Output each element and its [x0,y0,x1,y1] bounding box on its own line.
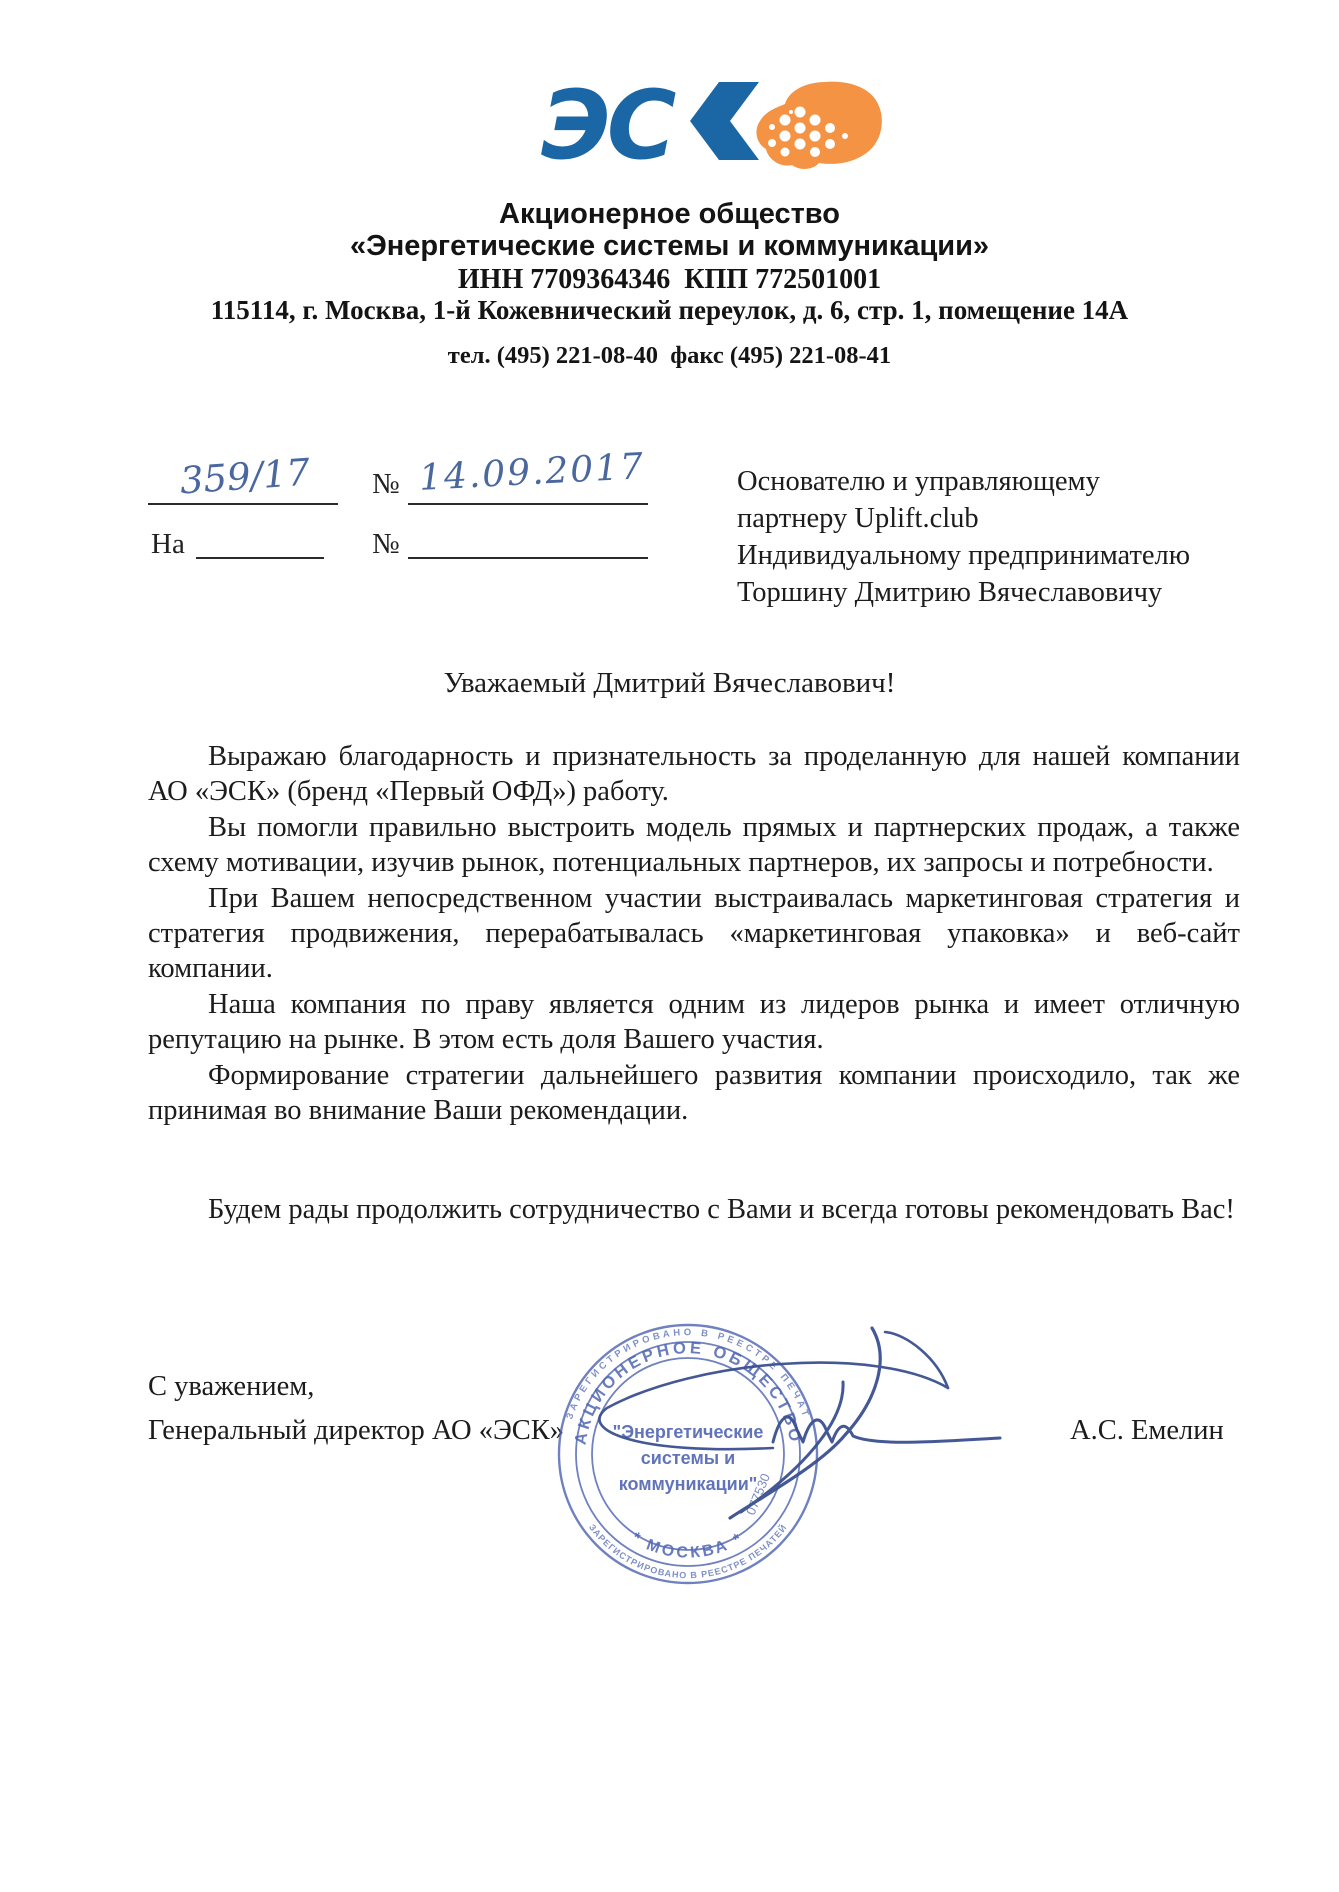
closing-paragraph: Будем рады продолжить сотрудничество с В… [148,1192,1240,1227]
recipient-line: Основателю и управляющему [737,463,1267,500]
signature-scribble [545,1290,1185,1570]
body-paragraph: Вы помогли правильно выстроить модель пр… [148,810,1240,881]
logo-orange-blob-icon [756,82,881,169]
recipient-line: Индивидуальному предпринимателю [737,537,1267,574]
reply-ref-underline [196,557,324,559]
logo-letters: ЭС [541,72,676,172]
logo-chevron-icon [690,82,759,160]
outgoing-number-handwritten: 359/17 [149,448,342,504]
signer-position: Генеральный директор АО «ЭСК» [148,1415,564,1447]
org-type-line: Акционерное общество [0,198,1339,231]
outgoing-number-underline [148,503,338,505]
reply-number-underline [408,557,648,559]
salutation: Уважаемый Дмитрий Вячеславович! [0,667,1339,700]
recipient-line: Торшину Дмитрию Вячеславовичу [737,574,1267,611]
na-label: На [151,528,185,561]
body-paragraph: Выражаю благодарность и признательность … [148,739,1240,810]
regards-line: С уважением, [148,1371,314,1403]
phone-fax-line: тел. (495) 221-08-40 факс (495) 221-08-4… [0,342,1339,370]
letter-body: Выражаю благодарность и признательность … [148,739,1240,1228]
body-paragraph: Формирование стратегии дальнейшего разви… [148,1058,1240,1129]
number-sign: № [372,468,400,501]
number-sign-2: № [372,528,400,561]
address-line: 115114, г. Москва, 1-й Кожевнический пер… [0,295,1339,326]
body-paragraph: При Вашем непосредственном участии выстр… [148,881,1240,987]
recipient-block: Основателю и управляющему партнеру Uplif… [737,463,1267,611]
letter-page: ЭС Акционерное общество «Энергетические … [0,0,1339,1892]
body-paragraph: Наша компания по праву является одним из… [148,987,1240,1058]
date-underline [408,503,648,505]
recipient-line: партнеру Uplift.club [737,500,1267,537]
date-handwritten: 14.09.2017 [411,446,653,500]
esk-logo-icon: ЭС [523,72,883,172]
inn-kpp-line: ИНН 7709364346 КПП 772501001 [0,264,1339,296]
org-name-line: «Энергетические системы и коммуникации» [0,230,1339,263]
